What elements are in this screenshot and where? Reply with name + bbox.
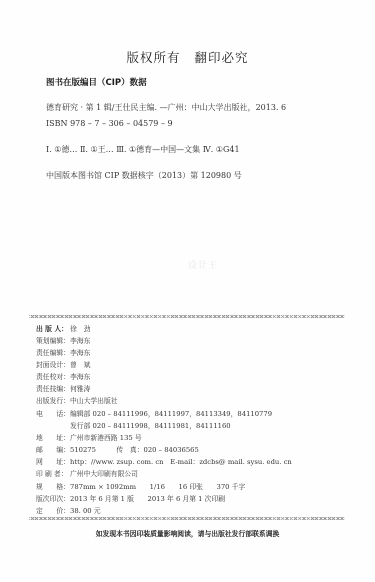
colophon-value: 李海东 bbox=[70, 371, 90, 381]
watermark: 设计王 bbox=[188, 258, 218, 271]
colophon-label: 网 址： bbox=[36, 456, 70, 466]
colophon-label: 地 址： bbox=[36, 432, 70, 442]
colophon-row: 邮 编：510275 传 真：020 – 84036565 bbox=[36, 444, 199, 454]
colophon-row: 印 刷 者：广州中大印刷有限公司 bbox=[36, 468, 138, 478]
colophon-row: 责任校对：李海东 bbox=[36, 371, 90, 381]
colophon-value: http：//www. zsup. com. cn E-mail：zdcbs@ … bbox=[70, 456, 292, 466]
cip-number: 中国版本图书馆 CIP 数据核字（2013）第 120980 号 bbox=[46, 170, 242, 181]
colophon-label: 印 刷 者： bbox=[36, 468, 70, 478]
colophon-label: 版次印次： bbox=[36, 493, 70, 503]
wavy-divider-bottom bbox=[29, 517, 345, 520]
colophon-label: 责任校对： bbox=[36, 371, 70, 381]
colophon-label: 定 价： bbox=[36, 505, 70, 515]
colophon-row: 电 话：编辑部 020 – 84111996，84111997，84113349… bbox=[36, 408, 272, 418]
colophon-row: 发行部 020 – 84111998，84111981，84111160 bbox=[36, 420, 231, 430]
copyright-left: 版权所有 bbox=[126, 50, 180, 65]
colophon-value: 曾 斌 bbox=[70, 359, 90, 369]
colophon-row: 出版发行：中山大学出版社 bbox=[36, 395, 118, 405]
colophon-value: 李海东 bbox=[70, 335, 90, 345]
colophon-row: 规 格：787mm × 1092mm 1/16 16 印张 370 千字 bbox=[36, 481, 245, 491]
cip-heading: 图书在版编目（CIP）数据 bbox=[46, 76, 147, 88]
colophon-row: 定 价：38. 00 元 bbox=[36, 505, 101, 515]
colophon-label: 封面设计： bbox=[36, 359, 70, 369]
copyright-right: 翻印必究 bbox=[195, 50, 249, 65]
colophon-row: 版次印次：2013 年 6 月第 1 版 2013 年 6 月第 1 次印刷 bbox=[36, 493, 225, 503]
colophon-label: 策划编辑： bbox=[36, 335, 70, 345]
colophon-value: 编辑部 020 – 84111996，84111997，84113349，841… bbox=[70, 408, 272, 418]
colophon-row: 策划编辑：李海东 bbox=[36, 335, 90, 345]
colophon-value: 发行部 020 – 84111998，84111981，84111160 bbox=[70, 420, 231, 430]
cip-isbn: ISBN 978 – 7 – 306 – 04579 – 9 bbox=[46, 119, 173, 128]
wavy-divider-top bbox=[29, 315, 345, 318]
colophon-value: 广州中大印刷有限公司 bbox=[70, 468, 138, 478]
copyright-page: 版权所有翻印必究 图书在版编目（CIP）数据 德育研究 · 第 1 辑/王仕民主… bbox=[0, 0, 375, 582]
colophon-label: 责任技编： bbox=[36, 383, 70, 393]
colophon-label: 责任编辑： bbox=[36, 347, 70, 357]
colophon-label: 邮 编： bbox=[36, 444, 70, 454]
colophon-label bbox=[36, 420, 70, 430]
colophon-label: 出 版 人： bbox=[36, 323, 70, 333]
colophon-value: 徐 劲 bbox=[70, 323, 90, 333]
quality-notice: 如发现本书因印装质量影响阅读，请与出版社发行部联系调换 bbox=[0, 528, 375, 538]
colophon-row: 网 址：http：//www. zsup. com. cn E-mail：zdc… bbox=[36, 456, 292, 466]
copyright-notice: 版权所有翻印必究 bbox=[0, 48, 375, 66]
colophon-row: 地 址：广州市新港西路 135 号 bbox=[36, 432, 142, 442]
colophon-value: 中山大学出版社 bbox=[70, 395, 118, 405]
colophon-value: 38. 00 元 bbox=[70, 505, 101, 515]
colophon-row: 出 版 人：徐 劲 bbox=[36, 323, 90, 333]
colophon-value: 何雅涛 bbox=[70, 383, 90, 393]
colophon-row: 责任编辑：李海东 bbox=[36, 347, 90, 357]
colophon-value: 2013 年 6 月第 1 版 2013 年 6 月第 1 次印刷 bbox=[70, 493, 225, 503]
colophon-value: 510275 传 真：020 – 84036565 bbox=[70, 444, 199, 454]
colophon-label: 出版发行： bbox=[36, 395, 70, 405]
colophon-value: 787mm × 1092mm 1/16 16 印张 370 千字 bbox=[70, 481, 245, 491]
cip-title-line: 德育研究 · 第 1 辑/王仕民主编. —广州：中山大学出版社，2013. 6 bbox=[46, 102, 286, 113]
colophon-value: 李海东 bbox=[70, 347, 90, 357]
colophon-label: 电 话： bbox=[36, 408, 70, 418]
cip-classification: Ⅰ. ①德… Ⅱ. ①王… Ⅲ. ①德育—中国—文集 Ⅳ. ①G41 bbox=[46, 144, 240, 155]
colophon-row: 封面设计：曾 斌 bbox=[36, 359, 90, 369]
colophon-label: 规 格： bbox=[36, 481, 70, 491]
colophon-value: 广州市新港西路 135 号 bbox=[70, 432, 142, 442]
colophon-row: 责任技编：何雅涛 bbox=[36, 383, 90, 393]
